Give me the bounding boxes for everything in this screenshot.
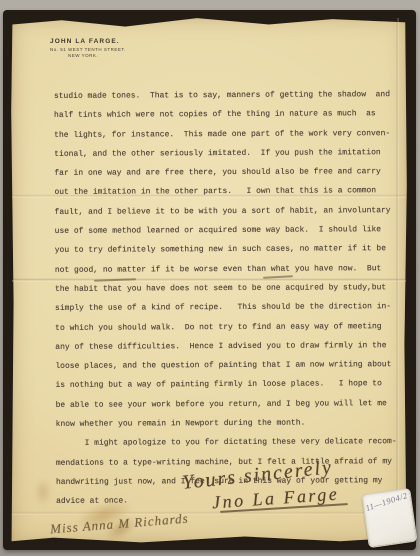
letterhead-city: NEW YORK. [68, 53, 170, 58]
catalog-sticker: 11—1904/2 [361, 488, 417, 548]
photograph-of-letter: JOHN LA FARGE. No. 51 WEST TENTH STREET.… [0, 0, 420, 556]
letterhead: JOHN LA FARGE. No. 51 WEST TENTH STREET.… [50, 38, 170, 58]
letterhead-address: No. 51 WEST TENTH STREET. [50, 47, 170, 52]
typewritten-letter-body: studio made tones. That is to say, manne… [54, 85, 404, 511]
paper-stain [30, 472, 56, 512]
letterhead-name: JOHN LA FARGE. [50, 38, 170, 45]
catalog-number: 11—1904/2 [364, 489, 412, 513]
